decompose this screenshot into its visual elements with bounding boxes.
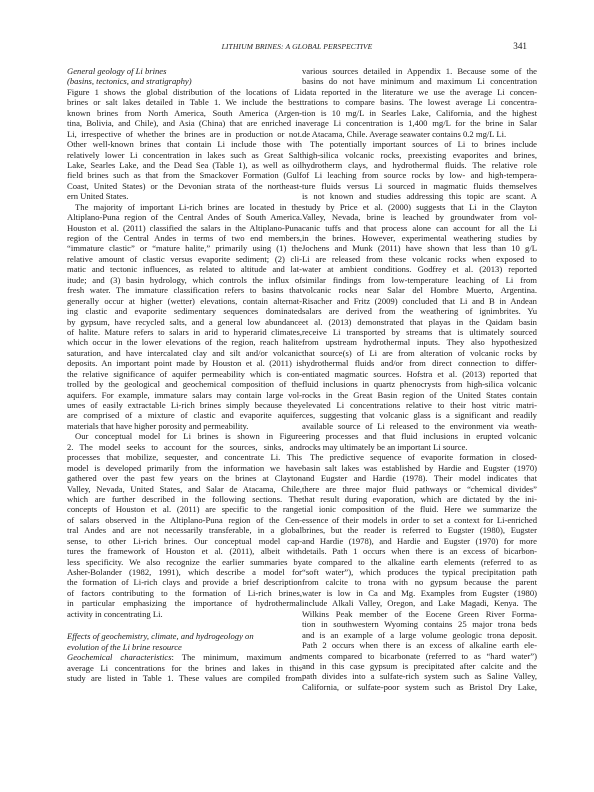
- text-line: and in this case gypsum is precipitated …: [302, 661, 537, 671]
- text-line: data reported in the literature we use t…: [302, 87, 537, 97]
- text-line: Lake, Searles Lake, and the Dead Sea (Ta…: [67, 160, 302, 170]
- text-line: Asher-Bolander (1982, 1991), which descr…: [67, 567, 302, 577]
- text-line: fresh water. The immature classification…: [67, 285, 302, 295]
- text-line: and Hardie (1978), and Hardie and Eugste…: [302, 536, 537, 546]
- text-line: ing clastic and evaporite sedimentary se…: [67, 306, 302, 316]
- text-line: model is developed primarily from the in…: [67, 463, 302, 473]
- text-line: ern United States.: [67, 191, 302, 201]
- text-line: average Li concentration is 1,400 mg/L f…: [302, 118, 537, 128]
- text-line: The potentially important sources of Li …: [302, 139, 537, 149]
- text-line: Risacher and Fritz (2009) concluded that…: [302, 296, 537, 306]
- text-line: Li, irrespective of whether the brines a…: [67, 129, 302, 139]
- text-line: trolled by the geological and geochemica…: [67, 379, 302, 389]
- text-line: of factors contributing to the formation…: [67, 588, 302, 598]
- text-line: Li are released from these volcanic rock…: [302, 254, 537, 264]
- section-heading: (basins, tectonics, and stratigraphy): [67, 76, 302, 86]
- text-line: which occur in the lower elevations of t…: [67, 337, 302, 347]
- text-line: itude; and (3) basin hydrology, which co…: [67, 275, 302, 285]
- text-line: relative amount of clastic versus evapor…: [67, 254, 302, 264]
- running-header: LITHIUM BRINES: A GLOBAL PERSPECTIVE 341: [0, 42, 594, 54]
- text-line: salars are derived from the weathering o…: [302, 306, 537, 316]
- text-line: elevated Li concentrations relative to t…: [302, 400, 537, 410]
- text-line: receive Li transported by streams that i…: [302, 327, 537, 337]
- text-line: rocks in the Great Basin region of the U…: [302, 390, 537, 400]
- text-line: activity in concentrating Li.: [67, 609, 302, 619]
- text-line: Valley, Nevada, brine is leached by grou…: [302, 212, 537, 222]
- paragraph: various sources detailed in Appendix 1. …: [302, 66, 537, 139]
- text-line: there are three major fluid pathways or …: [302, 484, 537, 494]
- text-line: tion in southwestern Wyoming contains 25…: [302, 619, 537, 629]
- text-line: Other well-known brines that contain Li …: [67, 139, 302, 149]
- text-line: “soft water”), which produces the typica…: [302, 567, 537, 577]
- text-line: materials that have higher porosity and …: [67, 421, 302, 431]
- text-line: ces, suggesting that volcanic glass is a…: [302, 410, 537, 420]
- text-line: Jochens and Munk (2011) have shown that …: [302, 243, 537, 253]
- text-line: relatively lower Li concentration in lak…: [67, 150, 302, 160]
- text-line: Wilkins Peak member of the Eocene Green …: [302, 609, 537, 619]
- text-line: sense, to other Li-rich brines. Our conc…: [67, 536, 302, 546]
- text-line: from calcite to trona with no gypsum bec…: [302, 577, 537, 587]
- text-line: Figure 1 shows the global distribution o…: [67, 87, 302, 97]
- page-number: 341: [513, 41, 527, 51]
- text-line: canic tuffs and that process alone can a…: [302, 223, 537, 233]
- text-line: less specificity. We also recognize the …: [67, 557, 302, 567]
- section-heading: Effects of geochemistry, climate, and hy…: [67, 631, 302, 641]
- text-line: brines or salt lakes detailed in Table 1…: [67, 97, 302, 107]
- text-line: The predictive sequence of evaporite for…: [302, 452, 537, 462]
- text-line: similar findings from low-temperature le…: [302, 275, 537, 285]
- text-line: aquifers. For example, immature salars m…: [67, 390, 302, 400]
- section-gap: [67, 619, 302, 631]
- text-line: tina, Bolivia, and Chile), and Asia (Chi…: [67, 118, 302, 128]
- text-line: generally occur at higher (wetter) eleva…: [67, 296, 302, 306]
- text-line: field brines such as that from the Smack…: [67, 170, 302, 180]
- text-line: basins do not have minimum and maximum L…: [302, 76, 537, 86]
- text-line: average Li concentrations for the brines…: [67, 663, 302, 673]
- text-line: study are listed in Table 1. These value…: [67, 673, 302, 683]
- text-line: that result during evaporation, which ar…: [302, 494, 537, 504]
- text-line: de Atacama, Chile. Average seawater cont…: [302, 129, 537, 139]
- text-line: and Eugster and Hardie (1978). Their mod…: [302, 473, 537, 483]
- text-line: by gypsum, have recycled salts, and a ge…: [67, 317, 302, 327]
- text-line: rocks may ultimately be an important Li …: [302, 442, 537, 452]
- text-line: “immature clastic” or “mature halite,” p…: [67, 243, 302, 253]
- paragraph: Figure 1 shows the global distribution o…: [67, 87, 302, 202]
- text-line: Houston et al. (2011) classified the sal…: [67, 223, 302, 233]
- text-line: essence of their models in order to set …: [302, 515, 537, 525]
- running-title: LITHIUM BRINES: A GLOBAL PERSPECTIVE: [0, 42, 594, 51]
- text-line: water is low in Ca and Mg. Examples from…: [302, 588, 537, 598]
- text-line: deposits. An important point made by Hou…: [67, 358, 302, 368]
- paragraph: The potentially important sources of Li …: [302, 139, 537, 452]
- text-line: basin salt lakes was established by Hard…: [302, 463, 537, 473]
- text-line: entiated magmatic sources. Hofstra et al…: [302, 369, 537, 379]
- right-column: various sources detailed in Appendix 1. …: [302, 66, 537, 692]
- text-line: ate compared to the alkaline earth eleme…: [302, 557, 537, 567]
- section-heading: evolution of the Li brine resource: [67, 642, 302, 652]
- text-line: Path 2 occurs when there is an excess of…: [302, 640, 537, 650]
- text-line: in the brines. However, experimental wea…: [302, 233, 537, 243]
- text-line: of Li leaching from source rocks by low-…: [302, 170, 537, 180]
- text-line: Coast, United States) or the Devonian st…: [67, 181, 302, 191]
- text-line: include Alkali Valley, Oregon, and Lake …: [302, 598, 537, 608]
- text-line: ture fluids versus Li sourced in magmati…: [302, 181, 537, 191]
- text-line: brines, but the reader is referred to Eu…: [302, 525, 537, 535]
- text-line: tures the framework of Houston et al. (2…: [67, 546, 302, 556]
- text-line: which are further described in the follo…: [67, 494, 302, 504]
- text-line: of salars observed in the Altiplano-Puna…: [67, 515, 302, 525]
- text-line: hydrotherm clays, and hydrothermal fluid…: [302, 160, 537, 170]
- text-line: California, or sulfate-poor system such …: [302, 682, 537, 692]
- text-line: the relative significance of aquifer per…: [67, 369, 302, 379]
- paragraph: Our conceptual model for Li brines is sh…: [67, 431, 302, 619]
- text-line: ments compared to bicarbonate (referred …: [302, 651, 537, 661]
- section-heading: General geology of Li brines: [67, 66, 302, 76]
- text-line: tion is 10 mg/L in Searles Lake, Califor…: [302, 108, 537, 118]
- text-line: gathered over the past few years on the …: [67, 473, 302, 483]
- paragraph: The majority of important Li-rich brines…: [67, 202, 302, 432]
- text-line: The majority of important Li-rich brines…: [67, 202, 302, 212]
- text-line: hydrothermal fluids and/or from direct c…: [302, 358, 537, 368]
- text-line: of halite. Mature refers to salars in ar…: [67, 327, 302, 337]
- text-line: are comprised of a mixture of clastic an…: [67, 410, 302, 420]
- text-line: water at ambient conditions. Godfrey et …: [302, 264, 537, 274]
- journal-page: LITHIUM BRINES: A GLOBAL PERSPECTIVE 341…: [0, 0, 594, 792]
- text-line: Valley, Nevada, United States, and Salar…: [67, 484, 302, 494]
- text-line: in particular emphasizing the importance…: [67, 598, 302, 608]
- text-line: fluid inclusions in quartz phenocrysts f…: [302, 379, 537, 389]
- text-line: ering processes and that fluid inclusion…: [302, 431, 537, 441]
- text-line: region of the Central Andes in terms of …: [67, 233, 302, 243]
- text-line: trations to compare basins. The lowest a…: [302, 97, 537, 107]
- text-line: saturation, and have intercalated clay a…: [67, 348, 302, 358]
- left-column: General geology of Li brines (basins, te…: [67, 66, 302, 683]
- run-in-heading: Geochemical characteristics: [67, 652, 172, 662]
- text-line: Geochemical characteristics: The minimum…: [67, 652, 302, 662]
- text-line: details. Path 1 occurs when there is an …: [302, 546, 537, 556]
- text-line: known brines from North America, South A…: [67, 108, 302, 118]
- text-line: available source of Li released to the e…: [302, 421, 537, 431]
- text-line: Altiplano-Puna region of the Central And…: [67, 212, 302, 222]
- paragraph: The predictive sequence of evaporite for…: [302, 452, 537, 692]
- text-line: processes that mobilize, sequester, and …: [67, 452, 302, 462]
- text-line: et al. (2013) demonstrated that playas i…: [302, 317, 537, 327]
- text-line: Our conceptual model for Li brines is sh…: [67, 431, 302, 441]
- text-line: tral Andes and are not necessarily trans…: [67, 525, 302, 535]
- text-line: from upstream hydrothermal inputs. They …: [302, 337, 537, 347]
- text-line: high-silica volcanic rocks, preexisting …: [302, 150, 537, 160]
- text-line: various sources detailed in Appendix 1. …: [302, 66, 537, 76]
- text-line: the formation of Li-rich clays and provi…: [67, 577, 302, 587]
- text-line: tial ionic composition of the fluid. Her…: [302, 504, 537, 514]
- text-line: volcanic rocks near Salar del Hombre Mue…: [302, 285, 537, 295]
- text-line: umes of easily extractable Li-rich brine…: [67, 400, 302, 410]
- text-line: path divides into a sulfate-rich system …: [302, 671, 537, 681]
- text-line: 2. The model seeks to account for the so…: [67, 442, 302, 452]
- text-line: is not known and studies addressing this…: [302, 191, 537, 201]
- text-line: concepts of Houston et al. (2011) are sp…: [67, 504, 302, 514]
- text-fragment: : The minimum, maximum and: [172, 652, 302, 662]
- text-line: that source(s) of Li are from alteration…: [302, 348, 537, 358]
- text-line: study by Price et al. (2000) suggests th…: [302, 202, 537, 212]
- text-line: matic and tectonic influences, as relate…: [67, 264, 302, 274]
- paragraph: Geochemical characteristics: The minimum…: [67, 652, 302, 683]
- text-line: and is an example of a large volume geol…: [302, 630, 537, 640]
